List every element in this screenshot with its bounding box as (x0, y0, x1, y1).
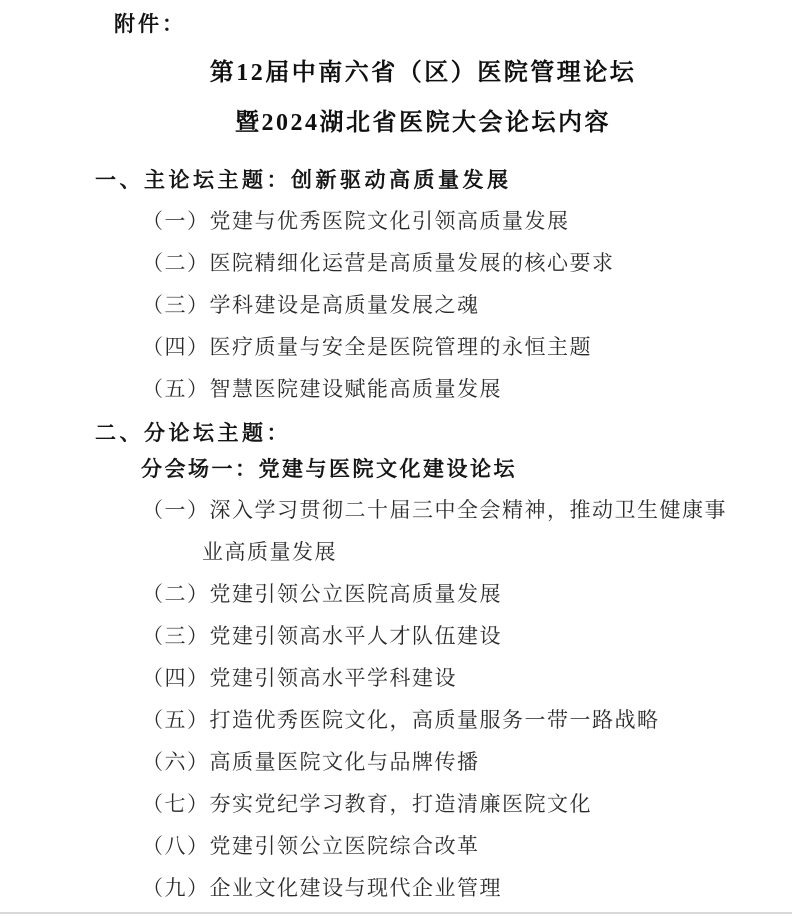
list-item: （五）智慧医院建设赋能高质量发展 (142, 368, 742, 410)
list-item: （七）夯实党纪学习教育，打造清廉医院文化 (142, 783, 742, 825)
list-item: （三）党建引领高水平人才队伍建设 (142, 615, 742, 657)
sub-forum-heading: 二、分论坛主题： (95, 422, 291, 446)
list-item: （一）深入学习贯彻二十届三中全会精神，推动卫生健康事 (142, 489, 742, 531)
list-item: （二）党建引领公立医院高质量发展 (142, 573, 742, 615)
list-item: （九）企业文化建设与现代企业管理 (142, 867, 742, 909)
page-bottom-divider (0, 912, 792, 914)
list-item: （三）学科建设是高质量发展之魂 (142, 284, 742, 326)
list-item: （二）医院精细化运营是高质量发展的核心要求 (142, 242, 742, 284)
list-item: （四）医疗质量与安全是医院管理的永恒主题 (142, 326, 742, 368)
list-item-continuation: 业高质量发展 (142, 531, 742, 573)
list-item: （四）党建引领高水平学科建设 (142, 657, 742, 699)
list-item: （五）打造优秀医院文化，高质量服务一带一路战略 (142, 699, 742, 741)
document-title-line-1: 第12届中南六省（区）医院管理论坛 (54, 60, 792, 86)
list-item: （一）党建与优秀医院文化引领高质量发展 (142, 200, 742, 242)
list-item: （六）高质量医院文化与品牌传播 (142, 741, 742, 783)
main-forum-list: （一）党建与优秀医院文化引领高质量发展 （二）医院精细化运营是高质量发展的核心要… (142, 200, 742, 410)
main-forum-heading: 一、主论坛主题：创新驱动高质量发展 (95, 169, 512, 193)
document-title-line-2: 暨2024湖北省医院大会论坛内容 (54, 110, 792, 136)
list-item: （八）党建引领公立医院综合改革 (142, 825, 742, 867)
venue-one-heading: 分会场一：党建与医院文化建设论坛 (141, 458, 517, 482)
document-page: 附件： 第12届中南六省（区）医院管理论坛 暨2024湖北省医院大会论坛内容 一… (0, 0, 792, 918)
sub-forum-list: （一）深入学习贯彻二十届三中全会精神，推动卫生健康事 业高质量发展 （二）党建引… (142, 489, 742, 909)
attachment-label: 附件： (114, 12, 186, 36)
